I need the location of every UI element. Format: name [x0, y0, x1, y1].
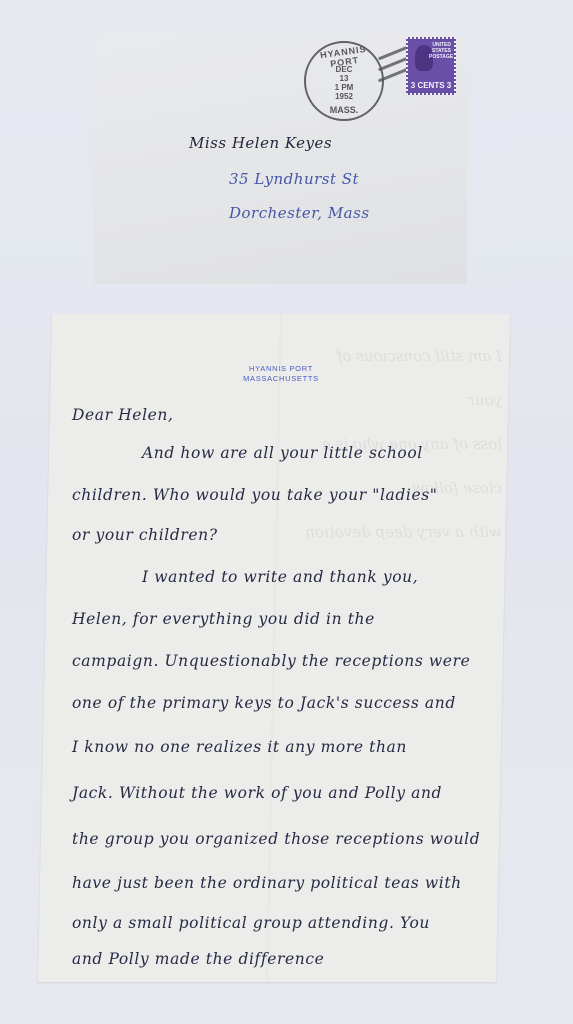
letter-line: have just been the ordinary political te… [72, 874, 502, 892]
letter-line: or your children? [72, 526, 502, 544]
letterhead-line2: MASSACHUSETTS [52, 374, 510, 384]
letter-line: I know no one realizes it any more than [72, 738, 502, 756]
letter-line: one of the primary keys to Jack's succes… [72, 694, 502, 712]
address-street: 35 Lyndhurst St [229, 170, 359, 188]
recipient-name: Miss Helen Keyes [189, 134, 332, 152]
postmark-date: DEC 13 1 PM 1952 [306, 65, 382, 101]
postmark-month: DEC [306, 65, 382, 74]
letter-line: and Polly made the difference [72, 950, 502, 968]
stamp-value: 3 CENTS 3 [408, 81, 454, 90]
letter-line: Jack. Without the work of you and Polly … [72, 784, 502, 802]
letter-line: only a small political group attending. … [72, 914, 502, 932]
letter-line: I wanted to write and thank you, [142, 568, 572, 586]
letterhead: HYANNIS PORT MASSACHUSETTS [52, 364, 510, 384]
letter-line: And how are all your little school [142, 444, 572, 462]
envelope: HYANNIS PORT DEC 13 1 PM 1952 MASS. UNIT… [94, 34, 467, 284]
letter-page: I am still conscious of your loss of any… [38, 314, 510, 982]
salutation: Dear Helen, [72, 406, 502, 424]
letterhead-line1: HYANNIS PORT [52, 364, 510, 374]
letter-line: campaign. Unquestionably the receptions … [72, 652, 502, 670]
postmark-time: 1 PM [306, 83, 382, 92]
postmark-day: 13 [306, 74, 382, 83]
address-city: Dorchester, Mass [229, 204, 370, 222]
postmark-year: 1952 [306, 92, 382, 101]
postage-stamp: UNITED STATES POSTAGE 3 CENTS 3 [406, 37, 456, 95]
postmark: HYANNIS PORT DEC 13 1 PM 1952 MASS. [304, 41, 384, 121]
stamp-country: UNITED STATES POSTAGE [429, 42, 451, 60]
letter-line: Helen, for everything you did in the [72, 610, 502, 628]
postmark-state: MASS. [306, 105, 382, 115]
letter-line: the group you organized those receptions… [72, 830, 502, 848]
letter-line: children. Who would you take your "ladie… [72, 486, 502, 504]
